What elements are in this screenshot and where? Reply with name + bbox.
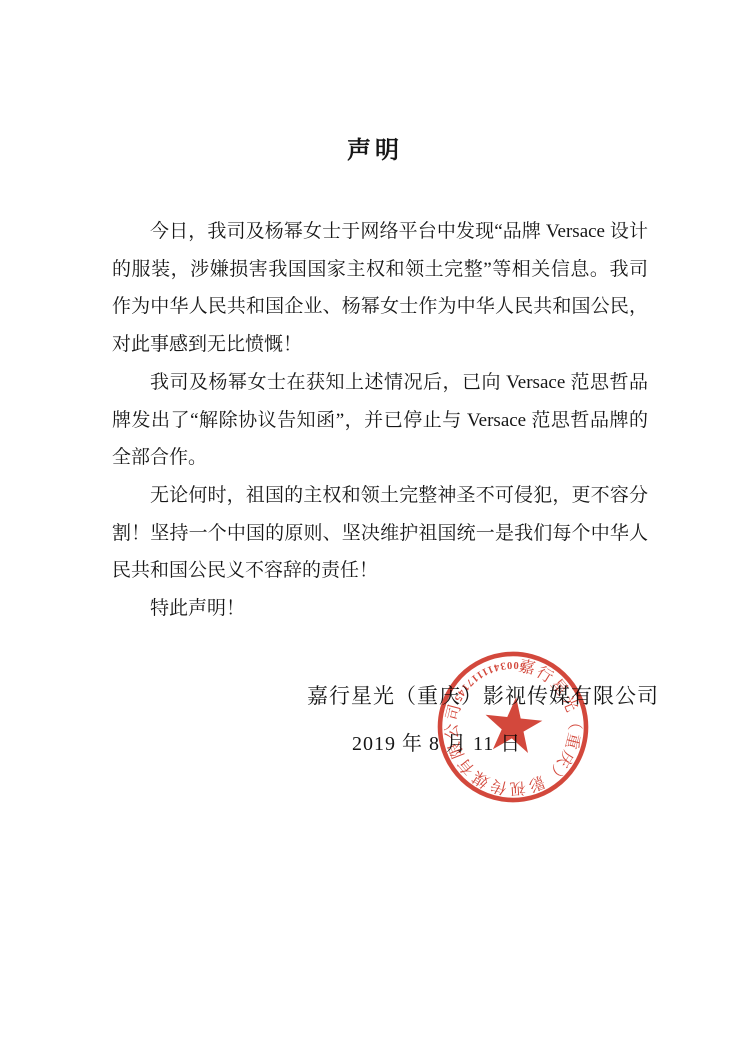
paragraph-closing: 特此声明！: [112, 590, 648, 628]
paragraph-3: 无论何时，祖国的主权和领土完整神圣不可侵犯，更不容分割！坚持一个中国的原则、坚决…: [112, 477, 648, 590]
statement-document-page: 声明 今日，我司及杨幂女士于网络平台中发现“品牌 Versace 设计的服装，涉…: [0, 0, 750, 1061]
document-title: 声明: [0, 130, 750, 165]
document-body: 今日，我司及杨幂女士于网络平台中发现“品牌 Versace 设计的服装，涉嫌损害…: [112, 213, 648, 628]
paragraph-1: 今日，我司及杨幂女士于网络平台中发现“品牌 Versace 设计的服装，涉嫌损害…: [112, 213, 648, 364]
company-signature: 嘉行星光（重庆）影视传媒有限公司: [307, 680, 659, 710]
paragraph-2: 我司及杨幂女士在获知上述情况后，已向 Versace 范思哲品牌发出了“解除协议…: [112, 364, 648, 477]
document-date: 2019 年 8 月 11 日: [352, 727, 521, 756]
